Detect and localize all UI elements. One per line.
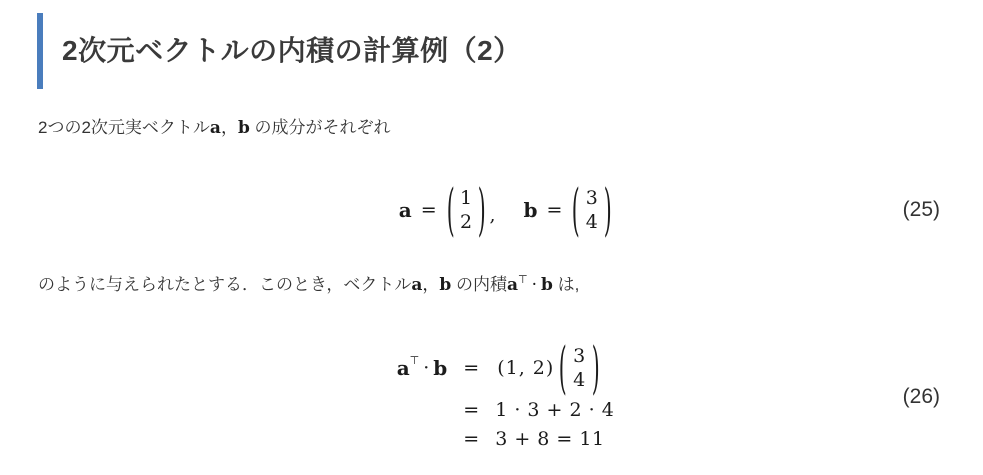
left-paren: ( <box>572 182 580 238</box>
column-vector-b: ( 3 4 ) <box>571 186 612 234</box>
right-paren: ) <box>478 182 486 238</box>
dot-operator: · <box>423 357 429 379</box>
paragraph-middle-text-after: は, <box>553 275 579 294</box>
vector-b-component-2: 4 <box>586 210 598 234</box>
inner-product-b-symbol: b <box>541 275 553 295</box>
right-paren: ) <box>604 182 612 238</box>
paragraph-intro: 2つの2次元実ベクトルa，b の成分がそれぞれ <box>38 116 983 140</box>
paragraph-middle-text: のように与えられたとする．このとき，ベクトル <box>38 275 411 294</box>
transpose-symbol: ⊤ <box>410 354 420 367</box>
equation-25: a = ( 1 2 ) , b = ( 3 4 <box>0 165 983 255</box>
vector-a-component-1: 1 <box>460 186 472 210</box>
vector-b-symbol: b <box>238 118 250 138</box>
vector-a-symbol: a <box>399 198 412 222</box>
left-paren: ( <box>559 339 567 395</box>
section-header: 2次元ベクトルの内積の計算例（2） <box>37 13 943 89</box>
vector-b-component-2: 4 <box>573 368 586 392</box>
vector-b-symbol: b <box>433 356 447 380</box>
vector-b-component-1: 3 <box>586 186 598 210</box>
equation-25-content: a = ( 1 2 ) , b = ( 3 4 <box>399 186 613 234</box>
paragraph-middle: のように与えられたとする．このとき，ベクトルa，b の内積a⊤·b は, <box>38 273 983 299</box>
equals-sign: = <box>421 199 437 221</box>
left-paren: ( <box>446 182 454 238</box>
row-vector-1-2: (1, 2) <box>497 357 554 379</box>
equation-number-25: (25) <box>903 198 940 222</box>
comma-separator: ， <box>221 118 238 138</box>
vector-b-symbol: b <box>439 275 451 295</box>
vector-a-symbol: a <box>210 118 221 138</box>
vector-b-component-1: 3 <box>573 344 586 368</box>
section-title: 2次元ベクトルの内積の計算例（2） <box>62 34 943 68</box>
column-vector-a: ( 1 2 ) <box>446 186 487 234</box>
paragraph-intro-text-after: の成分がそれぞれ <box>250 118 391 137</box>
inner-product-a-symbol: a <box>507 275 518 295</box>
right-paren: ) <box>592 339 600 395</box>
equation-26-lhs: a ⊤ · b <box>397 356 448 380</box>
equals-sign: = <box>463 399 479 421</box>
dot-operator: · <box>532 275 537 295</box>
column-vector-b: ( 3 4 ) <box>558 344 600 392</box>
equals-sign: = <box>547 199 563 221</box>
vector-a-symbol: a <box>411 275 422 295</box>
equation-26-content: a ⊤ · b = (1, 2) ( 3 4 ) <box>397 344 615 450</box>
equation-26-row1-rhs: (1, 2) ( 3 4 ) <box>495 344 600 392</box>
vector-b-symbol: b <box>524 198 538 222</box>
equation-26: a ⊤ · b = (1, 2) ( 3 4 ) <box>0 329 983 464</box>
paragraph-intro-text: 2つの2次元実ベクトル <box>38 118 210 137</box>
equals-sign: = <box>463 357 479 379</box>
comma-separator: , <box>489 204 495 226</box>
equation-26-row2-rhs: 1 · 3 + 2 · 4 <box>495 399 614 421</box>
vector-a-symbol: a <box>397 356 410 380</box>
comma-separator: ， <box>422 275 439 295</box>
paragraph-middle-text-mid: の内積 <box>451 275 507 294</box>
vector-a-component-2: 2 <box>460 210 472 234</box>
equals-sign: = <box>463 428 479 450</box>
equation-number-26: (26) <box>903 385 940 409</box>
transpose-symbol: ⊤ <box>518 273 528 286</box>
document-page: 2次元ベクトルの内積の計算例（2） 2つの2次元実ベクトルa，b の成分がそれぞ… <box>0 0 983 475</box>
equation-26-row3-rhs: 3 + 8 = 11 <box>495 428 604 450</box>
